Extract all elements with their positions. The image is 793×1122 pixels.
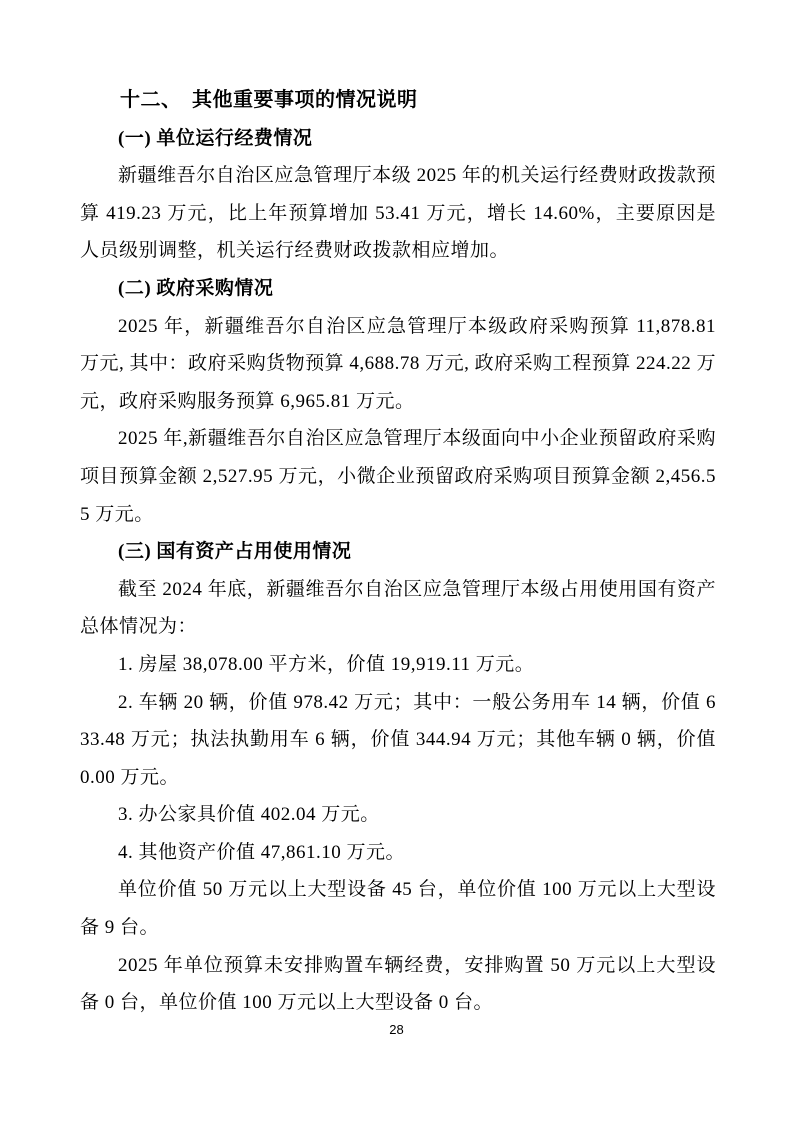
- asset-item-furniture: 3. 办公家具价值 402.04 万元。: [80, 796, 716, 834]
- page-number: 28: [0, 1022, 793, 1037]
- paragraph-vehicle-budget: 2025 年单位预算未安排购置车辆经费，安排购置 50 万元以上大型设备 0 台…: [80, 947, 716, 1022]
- asset-item-vehicles: 2. 车辆 20 辆，价值 978.42 万元；其中：一般公务用车 14 辆，价…: [80, 684, 716, 797]
- paragraph-procurement-budget: 2025 年，新疆维吾尔自治区应急管理厅本级政府采购预算 11,878.81 万…: [80, 308, 716, 421]
- asset-item-other: 4. 其他资产价值 47,861.10 万元。: [80, 834, 716, 872]
- asset-item-housing: 1. 房屋 38,078.00 平方米，价值 19,919.11 万元。: [80, 646, 716, 684]
- subheading-operating-expenses: (一) 单位运行经费情况: [80, 120, 716, 158]
- paragraph-operating-expenses: 新疆维吾尔自治区应急管理厅本级 2025 年的机关运行经费财政拨款预算 419.…: [80, 157, 716, 270]
- subheading-government-procurement: (二) 政府采购情况: [80, 270, 716, 308]
- paragraph-large-equipment: 单位价值 50 万元以上大型设备 45 台，单位价值 100 万元以上大型设备 …: [80, 871, 716, 946]
- document-page: 十二、 其他重要事项的情况说明 (一) 单位运行经费情况 新疆维吾尔自治区应急管…: [0, 0, 793, 1122]
- main-heading: 十二、 其他重要事项的情况说明: [80, 82, 716, 120]
- paragraph-sme-reserved-procurement: 2025 年,新疆维吾尔自治区应急管理厅本级面向中小企业预留政府采购项目预算金额…: [80, 420, 716, 533]
- document-content: 十二、 其他重要事项的情况说明 (一) 单位运行经费情况 新疆维吾尔自治区应急管…: [80, 82, 716, 1022]
- paragraph-assets-intro: 截至 2024 年底，新疆维吾尔自治区应急管理厅本级占用使用国有资产总体情况为：: [80, 571, 716, 646]
- subheading-state-assets: (三) 国有资产占用使用情况: [80, 533, 716, 571]
